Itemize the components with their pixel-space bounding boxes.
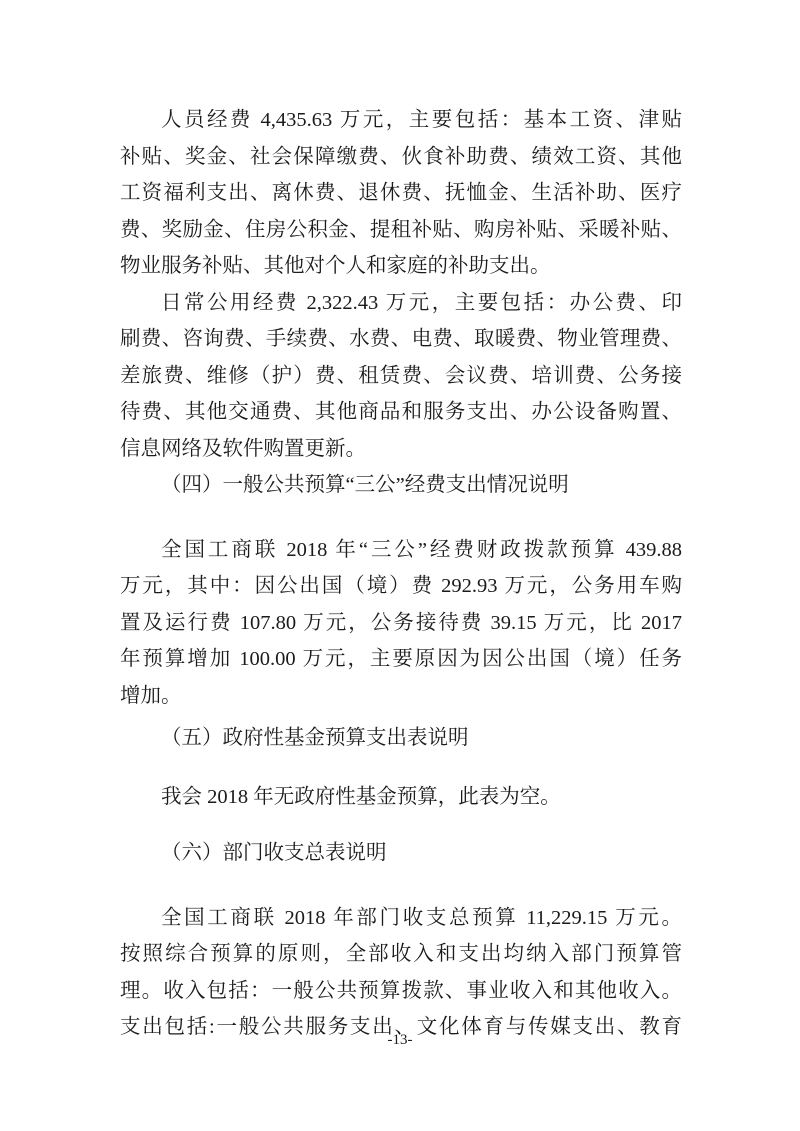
paragraph-daily-operating-expenses: 日常公用经费 2,322.43 万元，主要包括：办公费、印 刷费、咨询费、手续费… <box>120 285 682 468</box>
text-line: 全国工商联 2018 年部门收支总预算 11,229.15 万元。 <box>120 900 682 937</box>
paragraph-personnel-expenses: 人员经费 4,435.63 万元，主要包括：基本工资、津贴 补贴、奖金、社会保障… <box>120 102 682 285</box>
text-line: 理。收入包括：一般公共预算拨款、事业收入和其他收入。 <box>120 973 682 1010</box>
text-line: 待费、其他交通费、其他商品和服务支出、办公设备购置、 <box>120 394 682 431</box>
text-line: 全国工商联 2018 年“三公”经费财政拨款预算 439.88 <box>120 532 682 569</box>
text-line: 刷费、咨询费、手续费、水费、电费、取暖费、物业管理费、 <box>120 321 682 358</box>
text-line: 我会 2018 年无政府性基金预算，此表为空。 <box>120 779 682 816</box>
page-number: -13- <box>0 1030 800 1050</box>
text-line: 万元，其中：因公出国（境）费 292.93 万元，公务用车购 <box>120 568 682 605</box>
heading-section-5-government-fund-budget: （五）政府性基金预算支出表说明 <box>120 720 682 757</box>
text-line: 置及运行费 107.80 万元，公务接待费 39.15 万元，比 2017 <box>120 605 682 642</box>
text-line: 日常公用经费 2,322.43 万元，主要包括：办公费、印 <box>120 285 682 322</box>
text-line: 工资福利支出、离休费、退休费、抚恤金、生活补助、医疗 <box>120 175 682 212</box>
document-page: 人员经费 4,435.63 万元，主要包括：基本工资、津贴 补贴、奖金、社会保障… <box>0 0 800 1131</box>
paragraph-three-public-budget-details: 全国工商联 2018 年“三公”经费财政拨款预算 439.88 万元，其中：因公… <box>120 532 682 715</box>
text-line: 信息网络及软件购置更新。 <box>120 431 682 468</box>
text-line: 年预算增加 100.00 万元，主要原因为因公出国（境）任务 <box>120 641 682 678</box>
paragraph-no-government-fund-budget: 我会 2018 年无政府性基金预算，此表为空。 <box>120 779 682 816</box>
text-line: 差旅费、维修（护）费、租赁费、会议费、培训费、公务接 <box>120 358 682 395</box>
text-line: 增加。 <box>120 678 682 715</box>
paragraph-total-revenue-expenditure-budget: 全国工商联 2018 年部门收支总预算 11,229.15 万元。 按照综合预算… <box>120 900 682 1046</box>
text-line: 物业服务补贴、其他对个人和家庭的补助支出。 <box>120 248 682 285</box>
heading-section-6-revenue-expenditure-summary: （六）部门收支总表说明 <box>120 835 682 872</box>
text-line: 费、奖励金、住房公积金、提租补贴、购房补贴、采暖补贴、 <box>120 212 682 249</box>
text-line: 补贴、奖金、社会保障缴费、伙食补助费、绩效工资、其他 <box>120 139 682 176</box>
text-line: 按照综合预算的原则，全部收入和支出均纳入部门预算管 <box>120 936 682 973</box>
heading-section-4-three-public-expenses: （四）一般公共预算“三公”经费支出情况说明 <box>120 467 682 504</box>
text-line: 人员经费 4,435.63 万元，主要包括：基本工资、津贴 <box>120 102 682 139</box>
